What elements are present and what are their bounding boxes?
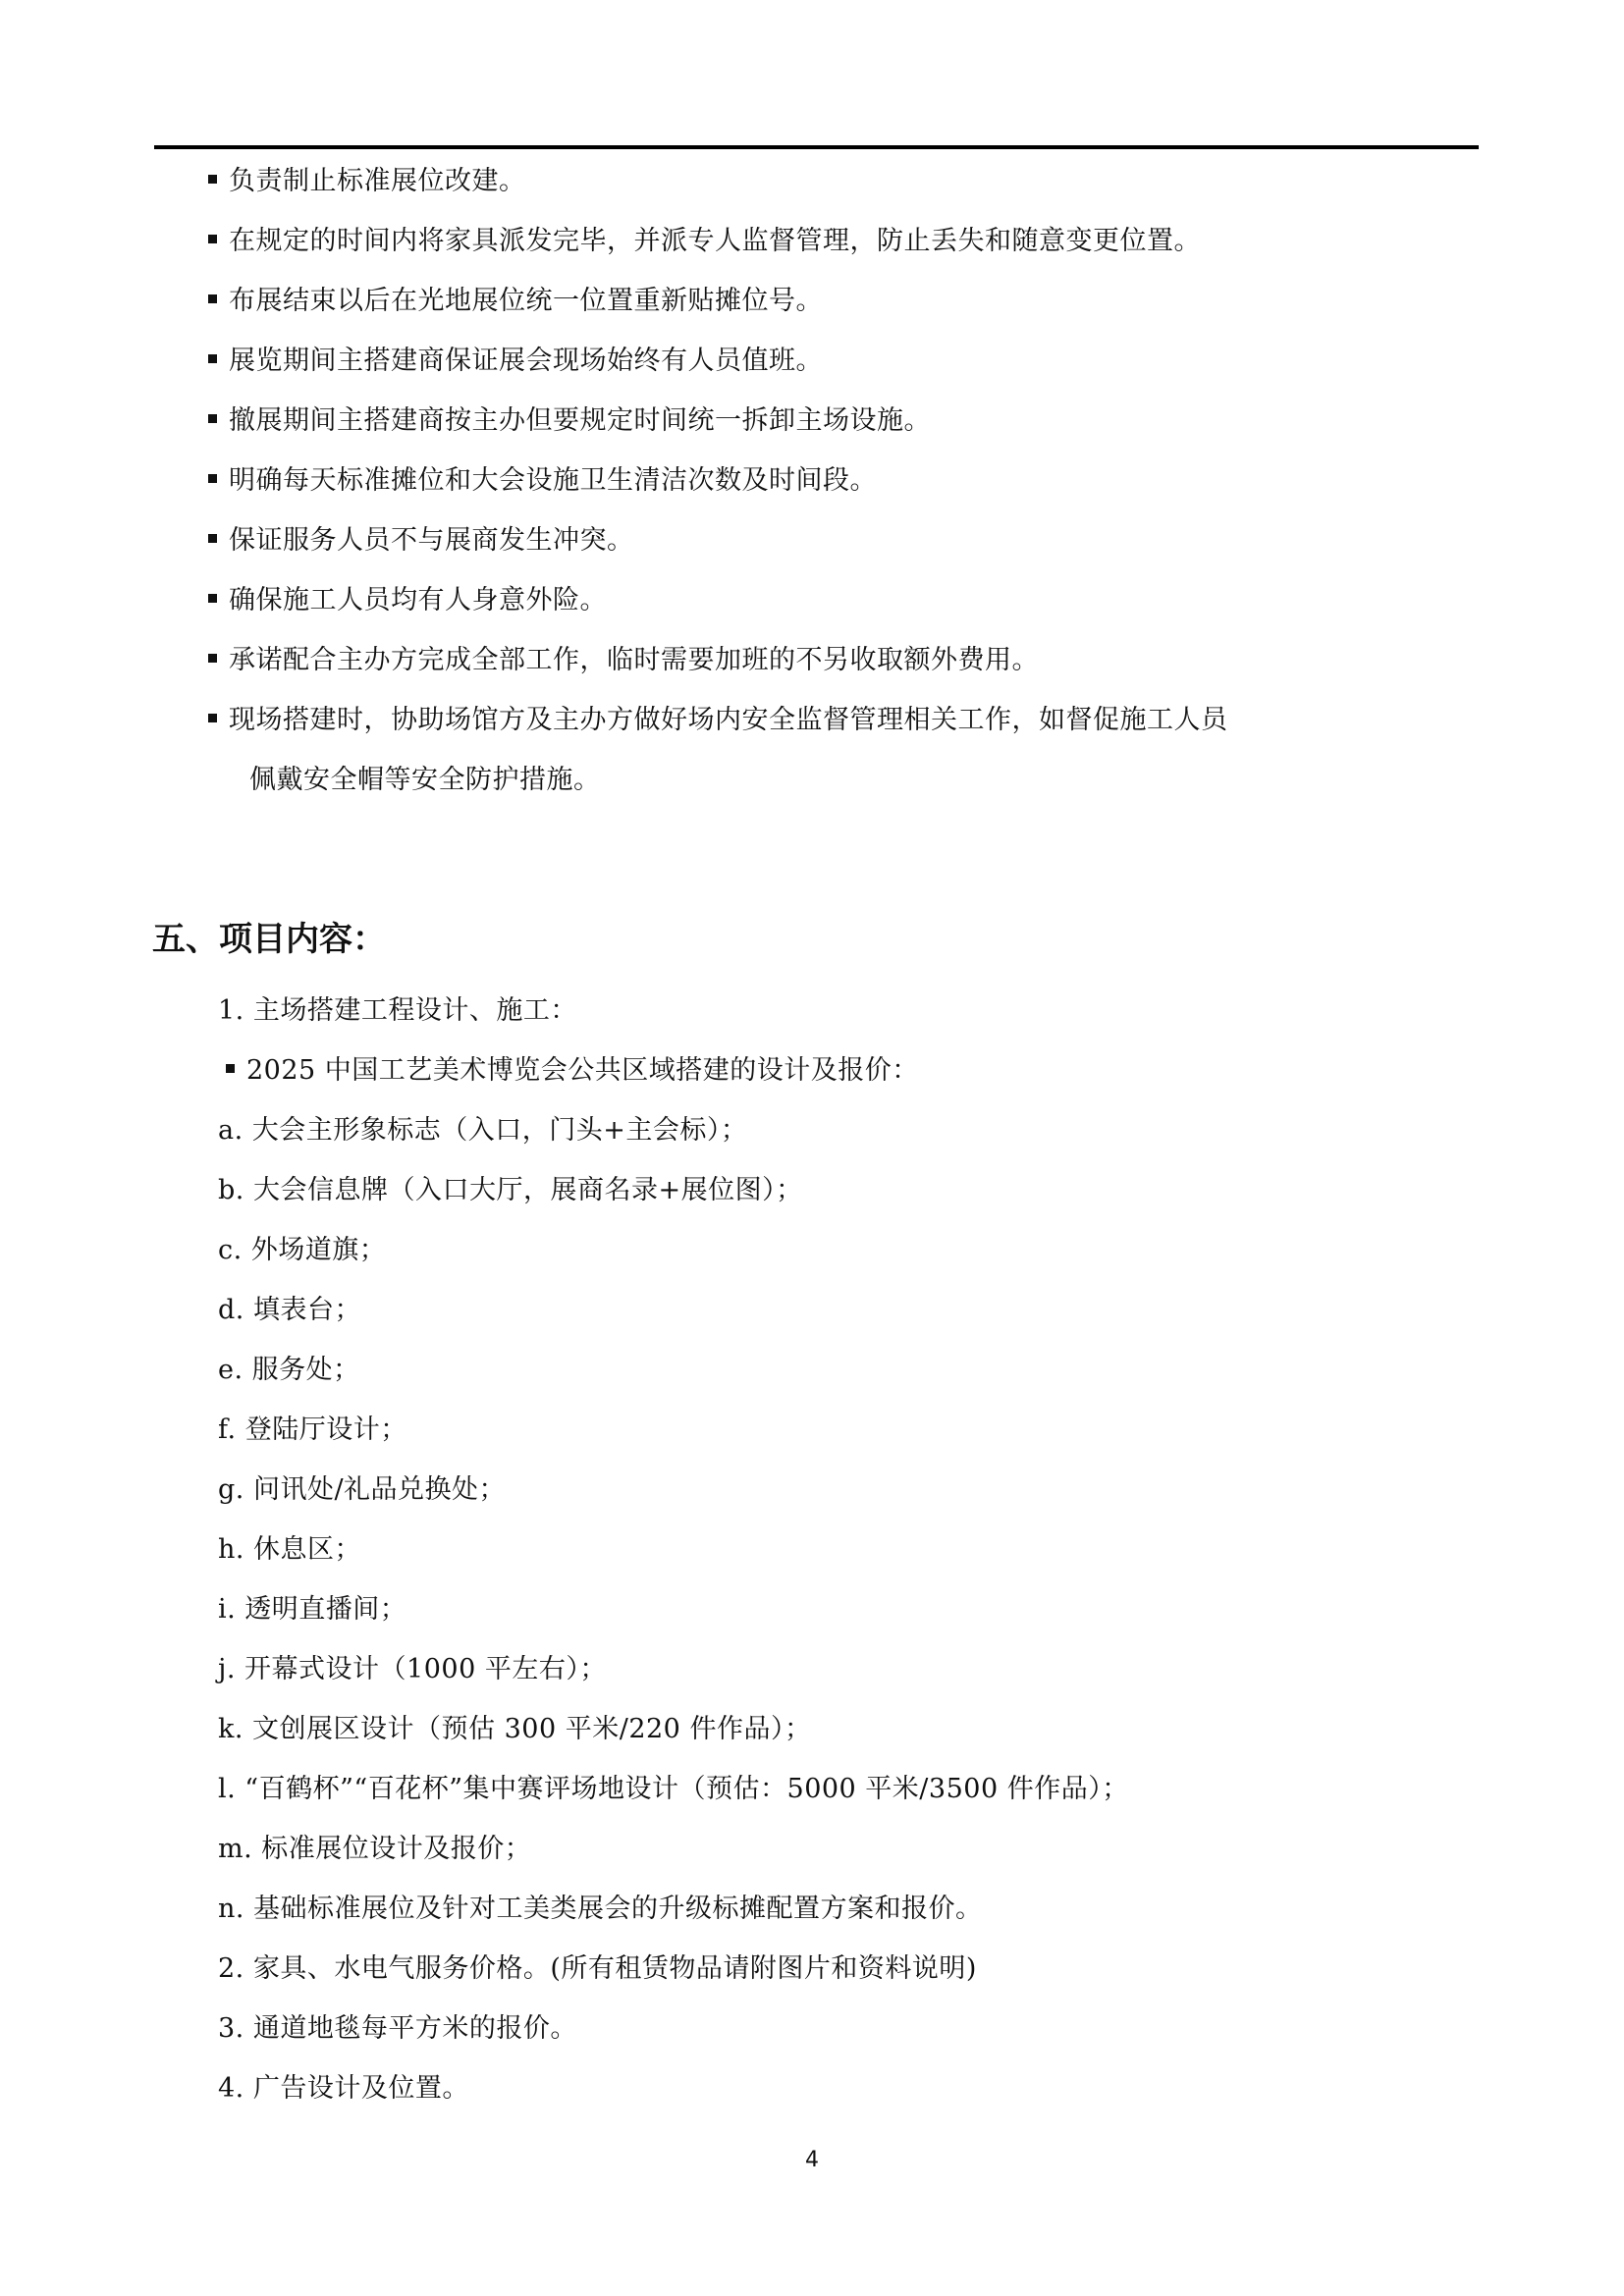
sub-item: d. 填表台； <box>218 1294 361 1327</box>
square-bullet-icon <box>208 594 217 603</box>
bullet-item: 负责制止标准展位改建。 <box>208 165 526 198</box>
bullet-item: 明确每天标准摊位和大会设施卫生清洁次数及时间段。 <box>208 464 877 498</box>
sub-item: f. 登陆厅设计； <box>218 1414 407 1447</box>
sub-item: h. 休息区； <box>218 1533 361 1567</box>
numbered-item: 2. 家具、水电气服务价格。(所有租赁物品请附图片和资料说明) <box>218 1952 977 1986</box>
sub-item: b. 大会信息牌（入口大厅，展商名录+展位图）； <box>218 1174 803 1207</box>
sub-item: l. “百鹤杯”“百花杯”集中赛评场地设计（预估：5000 平米/3500 件作… <box>218 1773 1129 1806</box>
square-bullet-icon <box>208 414 217 423</box>
sub-item: e. 服务处； <box>218 1354 360 1387</box>
square-bullet-icon <box>226 1064 235 1073</box>
bullet-item-continuation: 佩戴安全帽等安全防护措施。 <box>249 764 601 797</box>
sub-item: a. 大会主形象标志（入口，门头+主会标）； <box>218 1114 747 1148</box>
bullet-item: 撤展期间主搭建商按主办但要规定时间统一拆卸主场设施。 <box>208 404 931 438</box>
numbered-item: 3. 通道地毯每平方米的报价。 <box>218 2012 577 2046</box>
sub-item: k. 文创展区设计（预估 300 平米/220 件作品）； <box>218 1713 811 1746</box>
bullet-item: 布展结束以后在光地展位统一位置重新贴摊位号。 <box>208 285 823 318</box>
square-bullet-icon <box>208 714 217 722</box>
square-bullet-icon <box>208 654 217 663</box>
bullet-subheading: 2025 中国工艺美术博览会公共区域搭建的设计及报价： <box>226 1054 919 1088</box>
bullet-item: 展览期间主搭建商保证展会现场始终有人员值班。 <box>208 345 823 378</box>
section-heading: 五、项目内容： <box>152 919 386 960</box>
sub-item: n. 基础标准展位及针对工美类展会的升级标摊配置方案和报价。 <box>218 1893 983 1926</box>
sub-item: j. 开幕式设计（1000 平左右）； <box>218 1653 607 1686</box>
square-bullet-icon <box>208 534 217 543</box>
bullet-item: 在规定的时间内将家具派发完毕，并派专人监督管理，防止丢失和随意变更位置。 <box>208 225 1201 258</box>
square-bullet-icon <box>208 175 217 184</box>
bullet-item: 确保施工人员均有人身意外险。 <box>208 584 607 617</box>
bullet-item: 现场搭建时，协助场馆方及主办方做好场内安全监督管理相关工作，如督促施工人员 <box>208 704 1228 737</box>
numbered-item: 4. 广告设计及位置。 <box>218 2072 469 2106</box>
bullet-item: 承诺配合主办方完成全部工作，临时需要加班的不另收取额外费用。 <box>208 644 1039 677</box>
page-number: 4 <box>0 2148 1624 2172</box>
square-bullet-icon <box>208 474 217 483</box>
square-bullet-icon <box>208 235 217 243</box>
sub-item: i. 透明直播间； <box>218 1593 406 1627</box>
bullet-item: 保证服务人员不与展商发生冲突。 <box>208 524 634 558</box>
sub-item: g. 问讯处/礼品兑换处； <box>218 1473 506 1507</box>
numbered-item: 1. 主场搭建工程设计、施工： <box>218 994 577 1028</box>
sub-item: m. 标准展位设计及报价； <box>218 1833 531 1866</box>
square-bullet-icon <box>208 294 217 303</box>
sub-item: c. 外场道旗； <box>218 1234 386 1267</box>
square-bullet-icon <box>208 354 217 363</box>
header-rule <box>154 145 1479 149</box>
